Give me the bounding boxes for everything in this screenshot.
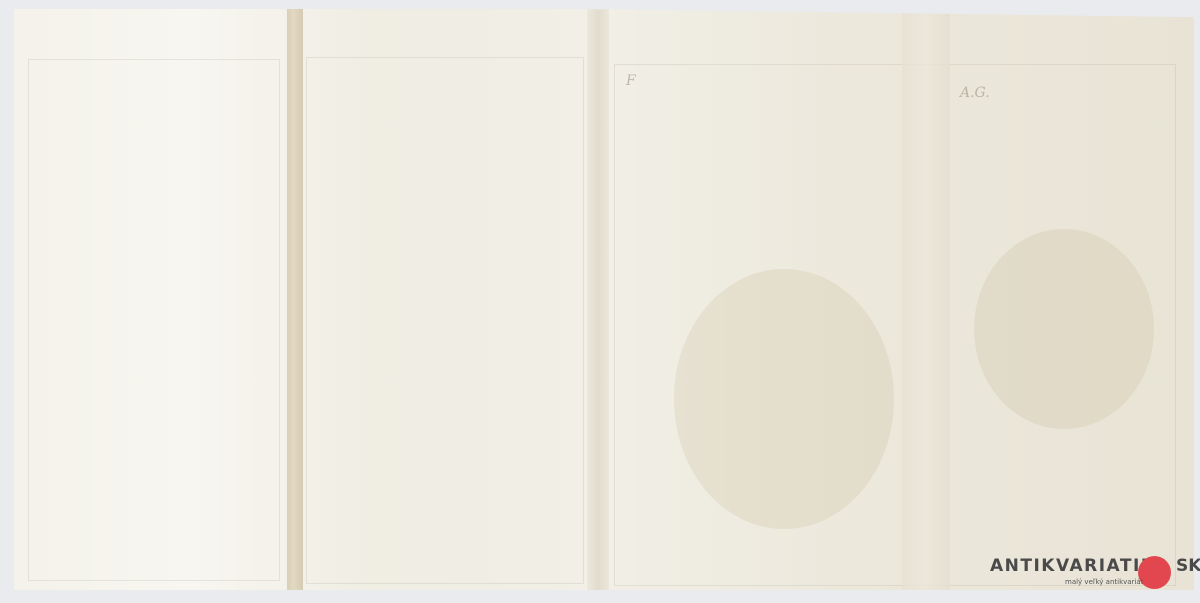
paper-stain [674, 269, 894, 529]
watermark-tagline: malý veľký antikvariát [1065, 578, 1143, 586]
watermark-tld: SK [1176, 556, 1200, 576]
handwritten-mark: F [626, 73, 636, 89]
handwritten-mark: A.G. [960, 85, 990, 101]
plate-border-middle [306, 57, 584, 584]
watermark-brand: ANTIKVARIATIK [990, 556, 1156, 576]
paper-stain [974, 229, 1154, 429]
fold-line [587, 9, 609, 590]
watermark-logo: ANTIKVARIATIK SK malý veľký antikvariát [990, 556, 1195, 596]
paper-sheet: F A.G. [14, 9, 1194, 590]
fold-line [287, 9, 303, 590]
fold-line [902, 9, 950, 590]
plate-border-left [28, 59, 280, 581]
